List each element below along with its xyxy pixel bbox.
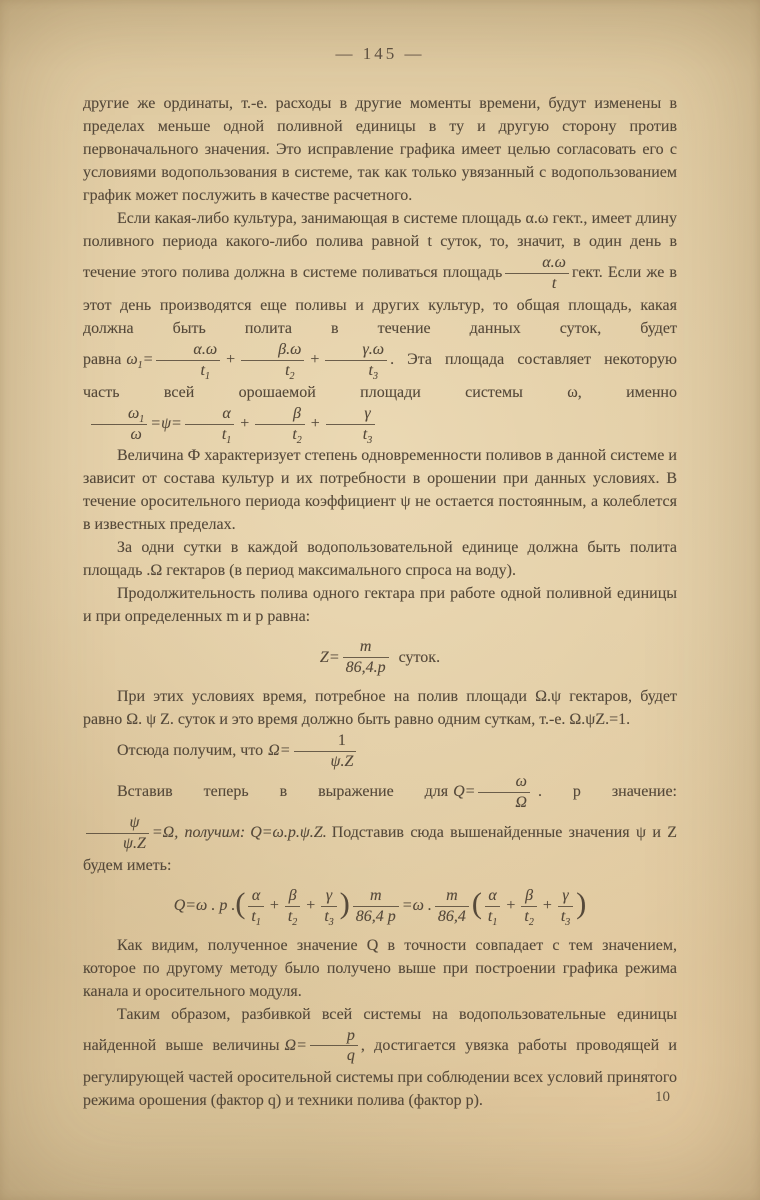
fraction-denominator: t3 (325, 360, 387, 380)
equals-sign: = (143, 351, 154, 368)
fraction-denominator: t2 (521, 906, 536, 926)
den-subscript: 2 (290, 371, 295, 382)
paragraph-substitution: Вставив теперь в выражение дляQ=ωΩ. p зн… (83, 772, 677, 877)
fraction-numerator: β (285, 887, 300, 906)
formula-z: Z=m86,4.pсуток. (320, 649, 440, 666)
plus-sign: + (311, 415, 320, 432)
fraction: m86,4 (435, 887, 469, 926)
den-subscript: 1 (256, 917, 261, 928)
fraction: βt2 (521, 887, 536, 926)
page-number: — 145 — (0, 0, 760, 64)
fraction: αt1 (185, 405, 234, 444)
signature-mark: 10 (655, 1089, 670, 1106)
text-run: Величина Ф характеризует степень одновре… (83, 447, 677, 533)
formula-q-inline: Q=ωΩ (453, 783, 533, 800)
omega1-lhs: ω (126, 351, 137, 368)
display-formula-q: Q=ω . p .(αt1+βt2+γt3)m86,4 p=ω .m86,4(α… (83, 886, 677, 927)
fraction: α.ωt1 (156, 341, 220, 380)
fraction-denominator: 86,4.p (343, 657, 389, 677)
text-run: Вставив теперь в выражение для (117, 783, 448, 800)
formula-omega1: ω1=α.ωt1+β.ωt2+γ.ωt3 (126, 351, 390, 368)
den-subscript: 3 (373, 371, 378, 382)
fraction-numerator: α (485, 887, 500, 906)
left-paren: ( (235, 887, 245, 920)
fraction-numerator: α (185, 405, 234, 424)
fraction-numerator: γ (558, 887, 573, 906)
formula-q-product: Q=ω.p.ψ.Z. (250, 824, 326, 841)
fraction-numerator: γ (326, 405, 375, 424)
den-subscript: 2 (292, 917, 297, 928)
fraction-numerator: β (521, 887, 536, 906)
fraction-denominator: t2 (285, 906, 300, 926)
fraction: γ.ωt3 (325, 341, 387, 380)
formula-units: суток. (399, 649, 440, 666)
fraction-numerator: α.ω (505, 254, 569, 273)
formula-omega-pq: Ω=pq (285, 1037, 361, 1054)
fraction-denominator: t1 (248, 906, 263, 926)
fraction-denominator: ψ.Z (294, 751, 357, 771)
paragraph-omega-result: Отсюда получим, чтоΩ=1ψ.Z (83, 731, 677, 772)
fraction-numerator: β.ω (241, 341, 304, 360)
text-run: Отсюда получим, что (117, 742, 263, 759)
pq-lhs: Ω= (285, 1037, 307, 1054)
paragraph-conditions: При этих условиях время, потребное на по… (83, 685, 677, 731)
plus-sign: + (240, 415, 249, 432)
formula-psi-over: ψψ.Z=Ω, получим: (83, 824, 245, 841)
q-lhs: Q= (453, 783, 475, 800)
text-run: другие же ординаты, т.-е. расходы в друг… (83, 95, 677, 204)
fraction-denominator: ω (91, 424, 147, 444)
fraction: m86,4 p (353, 887, 399, 926)
paragraph-final: Таким образом, разбивкой всей системы на… (83, 1003, 677, 1113)
fraction-numerator: p (310, 1027, 358, 1046)
display-formula-z: Z=m86,4.pсуток. (83, 637, 677, 678)
paragraph-conclusion-q: Как видим, полученное значение Q в точно… (83, 934, 677, 1003)
z-lhs: Z= (320, 649, 340, 666)
fraction-denominator: t1 (185, 424, 234, 444)
equals-psi: =ψ= (150, 415, 182, 432)
text-run: Как видим, полученное значение Q в точно… (83, 937, 677, 1000)
left-paren: ( (472, 887, 482, 920)
paragraph-culture-area: Если какая-либо культура, занимающая в с… (83, 207, 677, 444)
den-subscript: 2 (529, 917, 534, 928)
right-paren: ) (340, 887, 350, 920)
fraction-denominator: t3 (321, 906, 336, 926)
fraction-denominator: 86,4 (435, 906, 469, 926)
plus-sign: + (270, 897, 279, 914)
den-subscript: 3 (329, 917, 334, 928)
den-subscript: 1 (492, 917, 497, 928)
fraction: ωΩ (478, 773, 530, 812)
paragraph-ordinates: другие же ординаты, т.-е. расходы в друг… (83, 92, 677, 207)
fraction-denominator: t2 (241, 360, 304, 380)
fraction-denominator: t3 (558, 906, 573, 926)
right-paren: ) (576, 887, 586, 920)
formula-omega: Ω=1ψ.Z (268, 742, 359, 759)
plus-sign: + (506, 897, 515, 914)
fraction: β.ωt2 (241, 341, 304, 380)
fraction-denominator: t (505, 273, 569, 293)
fraction-numerator: m (343, 638, 389, 657)
fraction: ψψ.Z (86, 814, 149, 853)
fraction-numerator: α.ω (156, 341, 220, 360)
fraction-numerator: ω1 (91, 405, 147, 424)
fraction: m86,4.p (343, 638, 389, 677)
fraction-area-per-day: α.ωt (505, 254, 569, 293)
fraction-numerator: ψ (86, 814, 149, 833)
text-run: При этих условиях время, потребное на по… (83, 688, 677, 728)
fraction-numerator: ω (478, 773, 530, 792)
fraction: βt2 (255, 405, 304, 444)
paragraph-duration: Продолжительность полива одного гектара … (83, 582, 677, 628)
fraction-numerator: β (255, 405, 304, 424)
fraction: γt3 (321, 887, 336, 926)
plus-sign: + (543, 897, 552, 914)
fraction: 1ψ.Z (294, 732, 357, 771)
fraction-numerator: γ.ω (325, 341, 387, 360)
paragraph-daily-unit: За одни сутки в каждой водопользовательн… (83, 536, 677, 582)
fraction-numerator: α (248, 887, 263, 906)
omega-lhs: Ω= (268, 742, 290, 759)
plus-sign: + (306, 897, 315, 914)
fraction: αt1 (485, 887, 500, 926)
text-run: За одни сутки в каждой водопользовательн… (83, 539, 677, 579)
fraction: pq (310, 1027, 358, 1066)
scanned-book-page: — 145 — другие же ординаты, т.-е. расход… (0, 0, 760, 1200)
fraction-denominator: t1 (485, 906, 500, 926)
formula-psi: ω1ω=ψ=αt1+βt2+γt3 (88, 415, 378, 432)
fraction-numerator: m (353, 887, 399, 906)
den-subscript: 1 (205, 371, 210, 382)
den-subscript: 3 (565, 917, 570, 928)
fraction-numerator: γ (321, 887, 336, 906)
qbig-lhs: Q=ω . p . (174, 897, 236, 914)
fraction: ω1ω (91, 405, 147, 444)
num-subscript: 1 (139, 414, 144, 425)
fraction-numerator: 1 (294, 732, 357, 751)
num-base: ω (128, 405, 139, 422)
equals-omega: =Ω, получим: (152, 824, 245, 841)
text-run: Продолжительность полива одного гектара … (83, 585, 677, 625)
paragraph-phi-coefficient: Величина Ф характеризует степень одновре… (83, 444, 677, 536)
text-run: . p значение: (538, 783, 677, 800)
fraction-denominator: t3 (326, 424, 375, 444)
plus-sign: + (310, 351, 319, 368)
fraction-denominator: 86,4 p (353, 906, 399, 926)
fraction-numerator: m (435, 887, 469, 906)
page-content: другие же ординаты, т.-е. расходы в друг… (83, 92, 677, 1112)
fraction-denominator: t2 (255, 424, 304, 444)
fraction-denominator: q (310, 1045, 358, 1065)
fraction: γt3 (326, 405, 375, 444)
formula-q-big: Q=ω . p .(αt1+βt2+γt3)m86,4 p=ω .m86,4(α… (174, 897, 587, 914)
fraction-denominator: ψ.Z (86, 833, 149, 853)
equals-omega-dot: =ω . (402, 897, 432, 914)
plus-sign: + (226, 351, 235, 368)
fraction: γt3 (558, 887, 573, 926)
fraction-denominator: Ω (478, 792, 530, 812)
fraction: βt2 (285, 887, 300, 926)
fraction: αt1 (248, 887, 263, 926)
fraction-denominator: t1 (156, 360, 220, 380)
